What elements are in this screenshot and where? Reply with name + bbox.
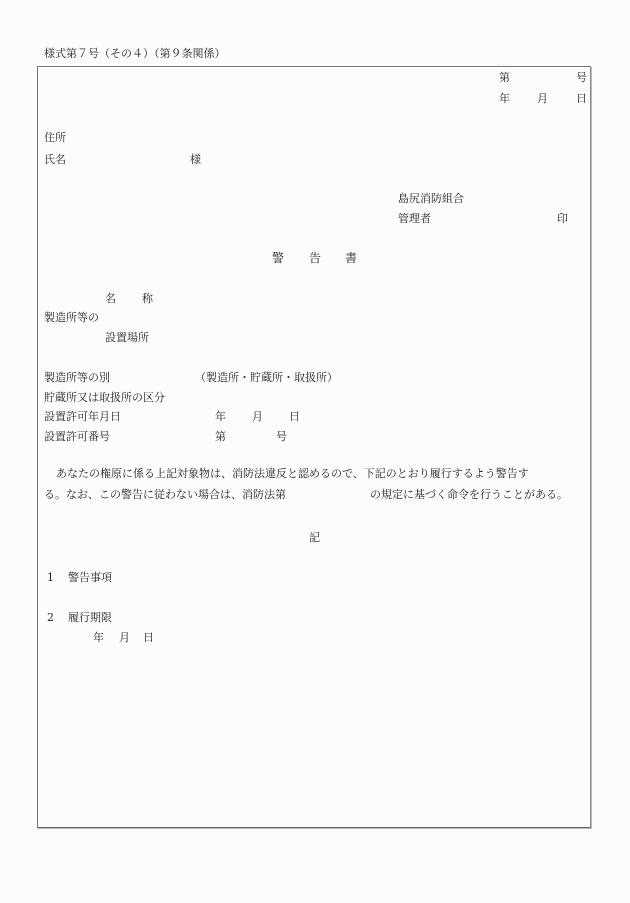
item-1-number: 1	[47, 571, 54, 585]
doc-date-year: 年	[499, 92, 510, 106]
facility-group-label: 製造所等の	[44, 311, 99, 325]
doc-date-month: 月	[537, 92, 548, 106]
title-char-2: 告	[309, 251, 321, 265]
seal-mark: 印	[557, 212, 568, 226]
permit-date-label: 設置許可年月日	[44, 410, 121, 424]
item-1-label: 警告事項	[68, 571, 112, 585]
body-line-1: あなたの権原に係る上記対象物は、消防法違反と認めるので、下記のとおり履行するよう…	[56, 467, 529, 481]
facility-location-label: 設置場所	[105, 331, 149, 345]
form-caption: 様式第７号（その４）（第９条関係）	[44, 47, 226, 61]
item-2-label: 履行期限	[68, 611, 112, 625]
permit-date-month: 月	[252, 410, 263, 424]
deadline-day: 日	[143, 631, 154, 645]
title-char-1: 警	[272, 251, 284, 265]
body-line-2a: る。なお、この警告に従わない場合は、消防法第	[44, 488, 286, 502]
facility-category-label: 貯蔵所又は取扱所の区分	[44, 391, 165, 405]
facility-name-label-1: 名	[105, 292, 116, 306]
facility-name-label-2: 称	[142, 292, 153, 306]
permit-number-prefix: 第	[215, 430, 226, 444]
facility-type-label: 製造所等の別	[44, 371, 110, 385]
facility-type-options: （製造所・貯蔵所・取扱所）	[195, 371, 338, 385]
item-2-number: 2	[47, 611, 54, 625]
permit-date-year: 年	[215, 410, 226, 424]
body-line-2b: の規定に基づく命令を行うことがある。	[370, 488, 568, 502]
permit-date-day: 日	[289, 410, 300, 424]
doc-date-day: 日	[576, 92, 587, 106]
name-label: 氏名	[44, 153, 66, 167]
title-char-3: 書	[345, 251, 357, 265]
deadline-month: 月	[119, 631, 130, 645]
permit-number-label: 設置許可番号	[44, 430, 110, 444]
address-label: 住所	[44, 131, 66, 145]
honorific: 様	[190, 153, 201, 167]
document-frame	[37, 66, 591, 828]
permit-number-suffix: 号	[276, 430, 287, 444]
issuer-organization: 島尻消防組合	[398, 192, 464, 206]
issuer-title: 管理者	[398, 212, 431, 226]
ki-heading: 記	[309, 531, 320, 545]
deadline-year: 年	[93, 631, 104, 645]
doc-number-prefix: 第	[499, 71, 510, 85]
doc-number-suffix: 号	[576, 71, 587, 85]
